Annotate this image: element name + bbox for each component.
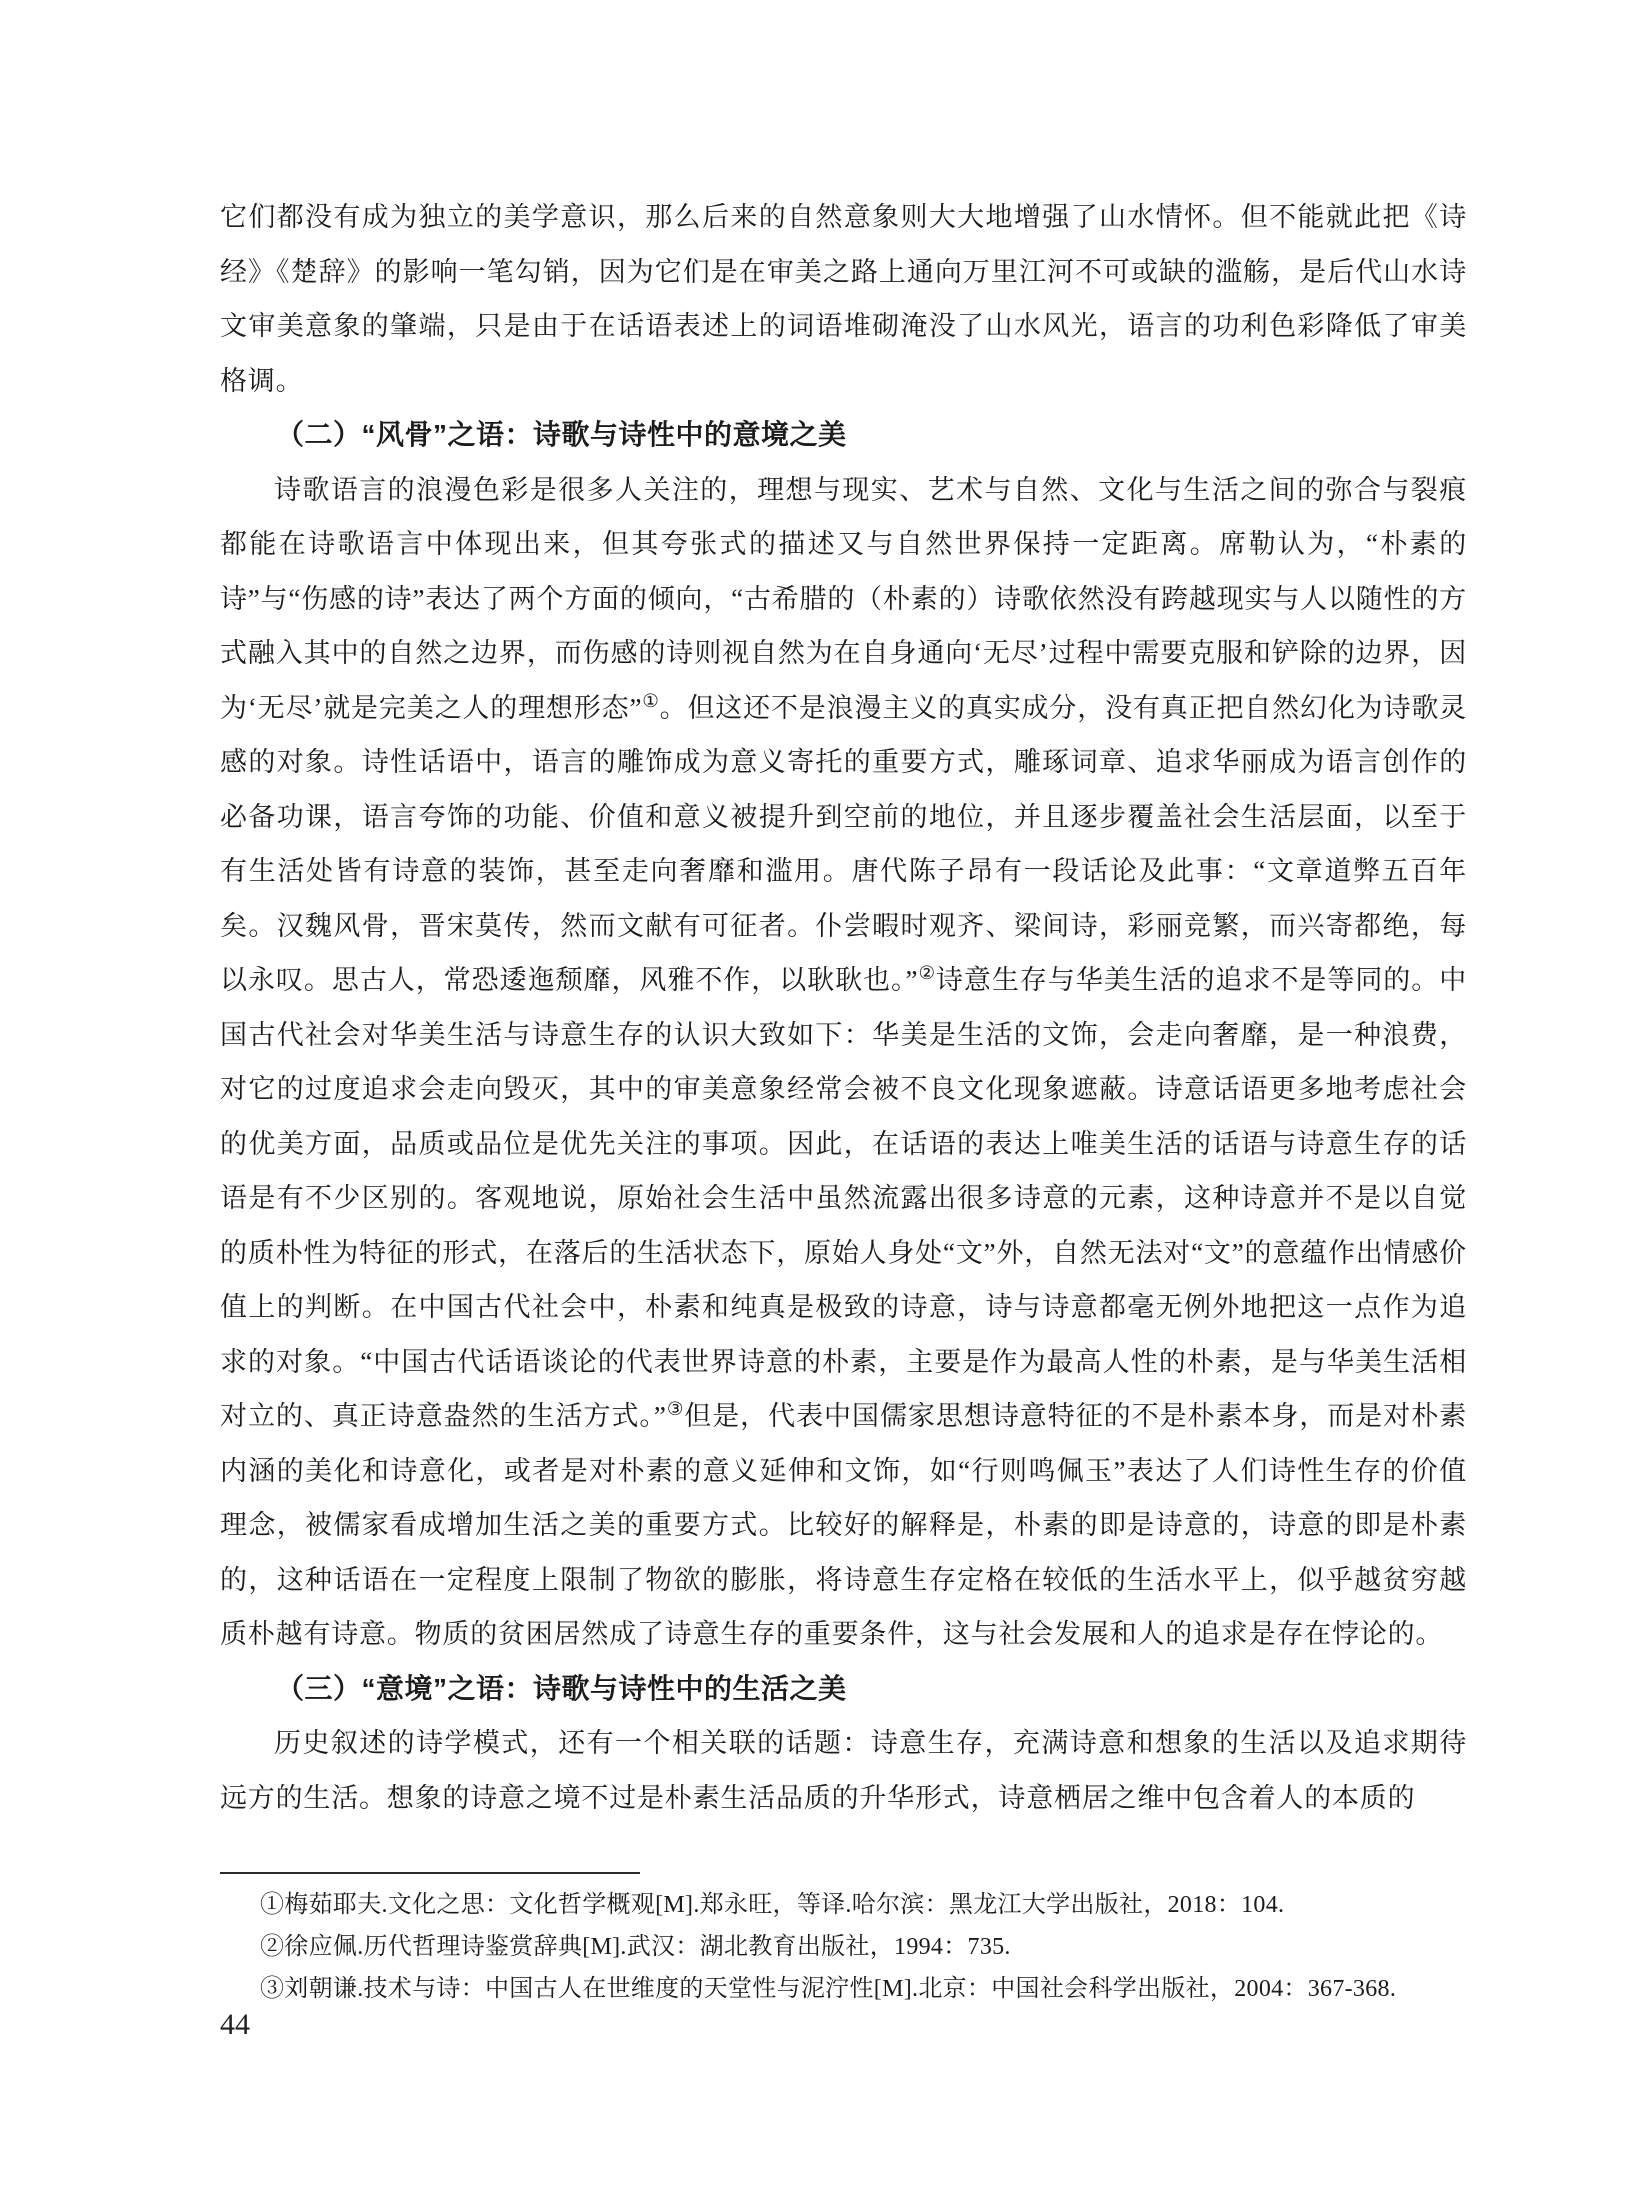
footnote-2: ②徐应佩.历代哲理诗鉴赏辞典[M].武汉：湖北教育出版社，1994：735. (220, 1926, 1467, 1968)
text-run: 但是，代表中国儒家思想诗意特征的不是朴素本身，而是对朴素内涵的美化和诗意化，或者… (220, 1401, 1467, 1649)
footnote-separator (220, 1872, 640, 1874)
footnote-ref-1: ① (642, 691, 659, 711)
paragraph-fenggu: 诗歌语言的浪漫色彩是很多人关注的，理想与现实、艺术与自然、文化与生活之间的弥合与… (220, 463, 1467, 1662)
paragraph-yijing: 历史叙述的诗学模式，还有一个相关联的话题：诗意生存，充满诗意和想象的生活以及追求… (220, 1716, 1467, 1825)
page-number: 44 (220, 2008, 250, 2042)
page-content: 它们都没有成为独立的美学意识，那么后来的自然意象则大大地增强了山水情怀。但不能就… (220, 190, 1467, 1825)
text-run: 诗歌语言的浪漫色彩是很多人关注的，理想与现实、艺术与自然、文化与生活之间的弥合与… (220, 475, 1467, 723)
text-run: 诗意生存与华美生活的追求不是等同的。中国古代社会对华美生活与诗意生存的认识大致如… (220, 965, 1467, 1431)
footnotes-section: ①梅茹耶夫.文化之思：文化哲学概观[M].郑永旺，等译.哈尔滨：黑龙江大学出版社… (220, 1872, 1467, 2010)
section-heading-fenggu: （二）“风骨”之语：诗歌与诗性中的意境之美 (220, 408, 1467, 463)
footnote-ref-3: ③ (667, 1399, 685, 1419)
footnote-1: ①梅茹耶夫.文化之思：文化哲学概观[M].郑永旺，等译.哈尔滨：黑龙江大学出版社… (220, 1884, 1467, 1926)
footnote-ref-2: ② (918, 963, 936, 983)
section-heading-yijing: （三）“意境”之语：诗歌与诗性中的生活之美 (220, 1662, 1467, 1717)
text-run: 。但这还不是浪漫主义的真实成分，没有真正把自然幻化为诗歌灵感的对象。诗性话语中，… (220, 693, 1467, 996)
paragraph-intro: 它们都没有成为独立的美学意识，那么后来的自然意象则大大地增强了山水情怀。但不能就… (220, 190, 1467, 408)
footnote-3: ③刘朝谦.技术与诗：中国古人在世维度的天堂性与泥泞性[M].北京：中国社会科学出… (220, 1968, 1467, 2010)
